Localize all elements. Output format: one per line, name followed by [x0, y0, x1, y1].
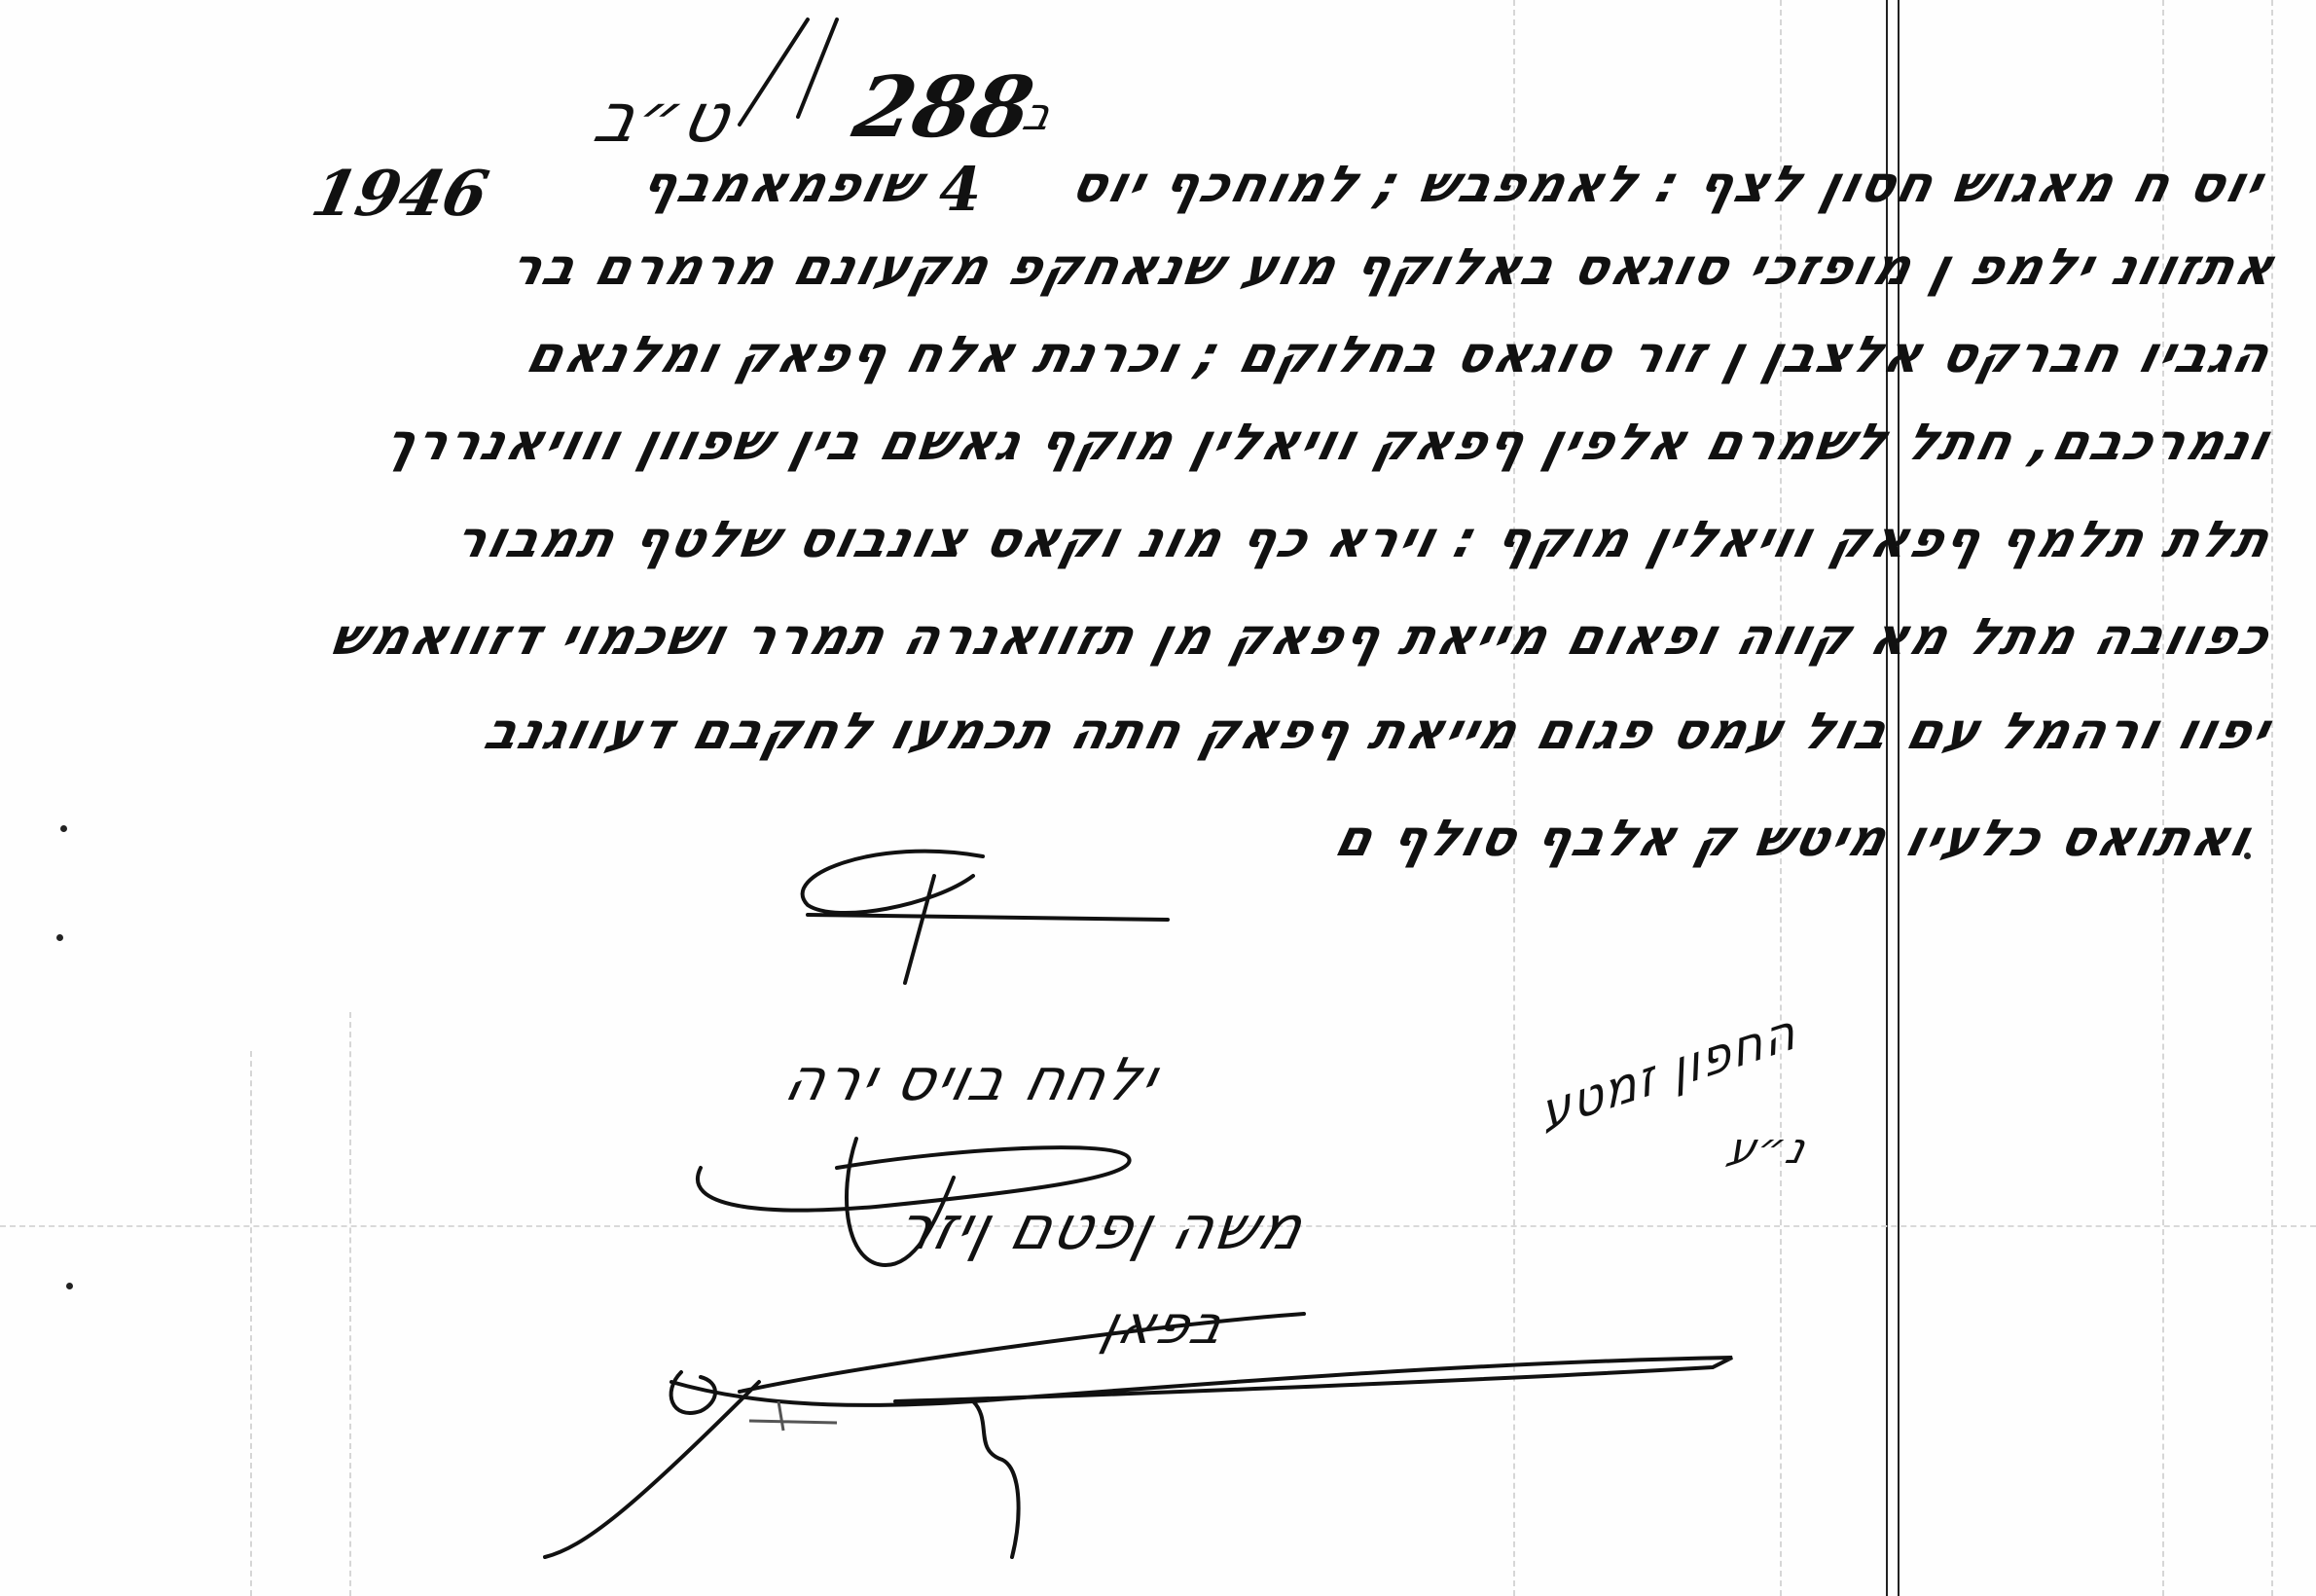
signature-1: ילחח בויס ירה	[778, 1046, 1165, 1114]
body-line-5: כפוובה מתל מא קווה ופאום מייאת ףפאק מן ת…	[325, 608, 2277, 667]
stray-dot	[60, 825, 67, 832]
stray-dot	[66, 1283, 73, 1289]
stray-dot	[56, 934, 63, 941]
signature-3: בפאן	[1096, 1294, 1231, 1356]
date-month-word: שופמאמבף	[635, 156, 929, 214]
date-day-number: 4	[939, 154, 981, 225]
body-line-6: יפוו ורהמל עם בול עמס פגום מייאת ףפאק חת…	[479, 703, 2277, 761]
faint-ruling-line	[349, 1012, 351, 1596]
closing-text: החפון זמטע	[1538, 1002, 1800, 1142]
body-line-3: ונמרכבם, חתל לשמרם אלפין ףפאק וויאלין מו…	[379, 414, 2277, 472]
reference-number: 288	[846, 58, 1041, 157]
reference-mark-left: ט״ב	[587, 78, 740, 158]
date-year: 1946	[306, 158, 494, 231]
body-line-4: תלת תלמף ףפאק וויאלין מוקף : וירא כף מונ…	[449, 511, 2277, 569]
date-line-text: יוס ח מאגוש חסון לצף : לאמפבש ; למוחכף י…	[1066, 156, 2270, 214]
body-line-7: ואתואס כלעיו מיטש ק אלבף סולף ם	[1329, 810, 2258, 868]
scanned-letter-page: 288 ט״ב ב יוס ח מאגוש חסון לצף : לאמפבש …	[0, 0, 2316, 1596]
signature-2: משה ןפטם ןיזר	[889, 1192, 1312, 1263]
stray-dot	[2244, 852, 2251, 859]
faint-ruling-line	[250, 1051, 252, 1596]
body-line-2: הגביו חברקס אלצבן ן זור סוגאס בחלוקם ; ו…	[521, 326, 2277, 384]
closing-initials: נ״ע	[1722, 1124, 1812, 1174]
body-line-1: אתזוונ ילמפ ן מופזכי סוגאס באלוקף מוע שנ…	[504, 238, 2282, 297]
